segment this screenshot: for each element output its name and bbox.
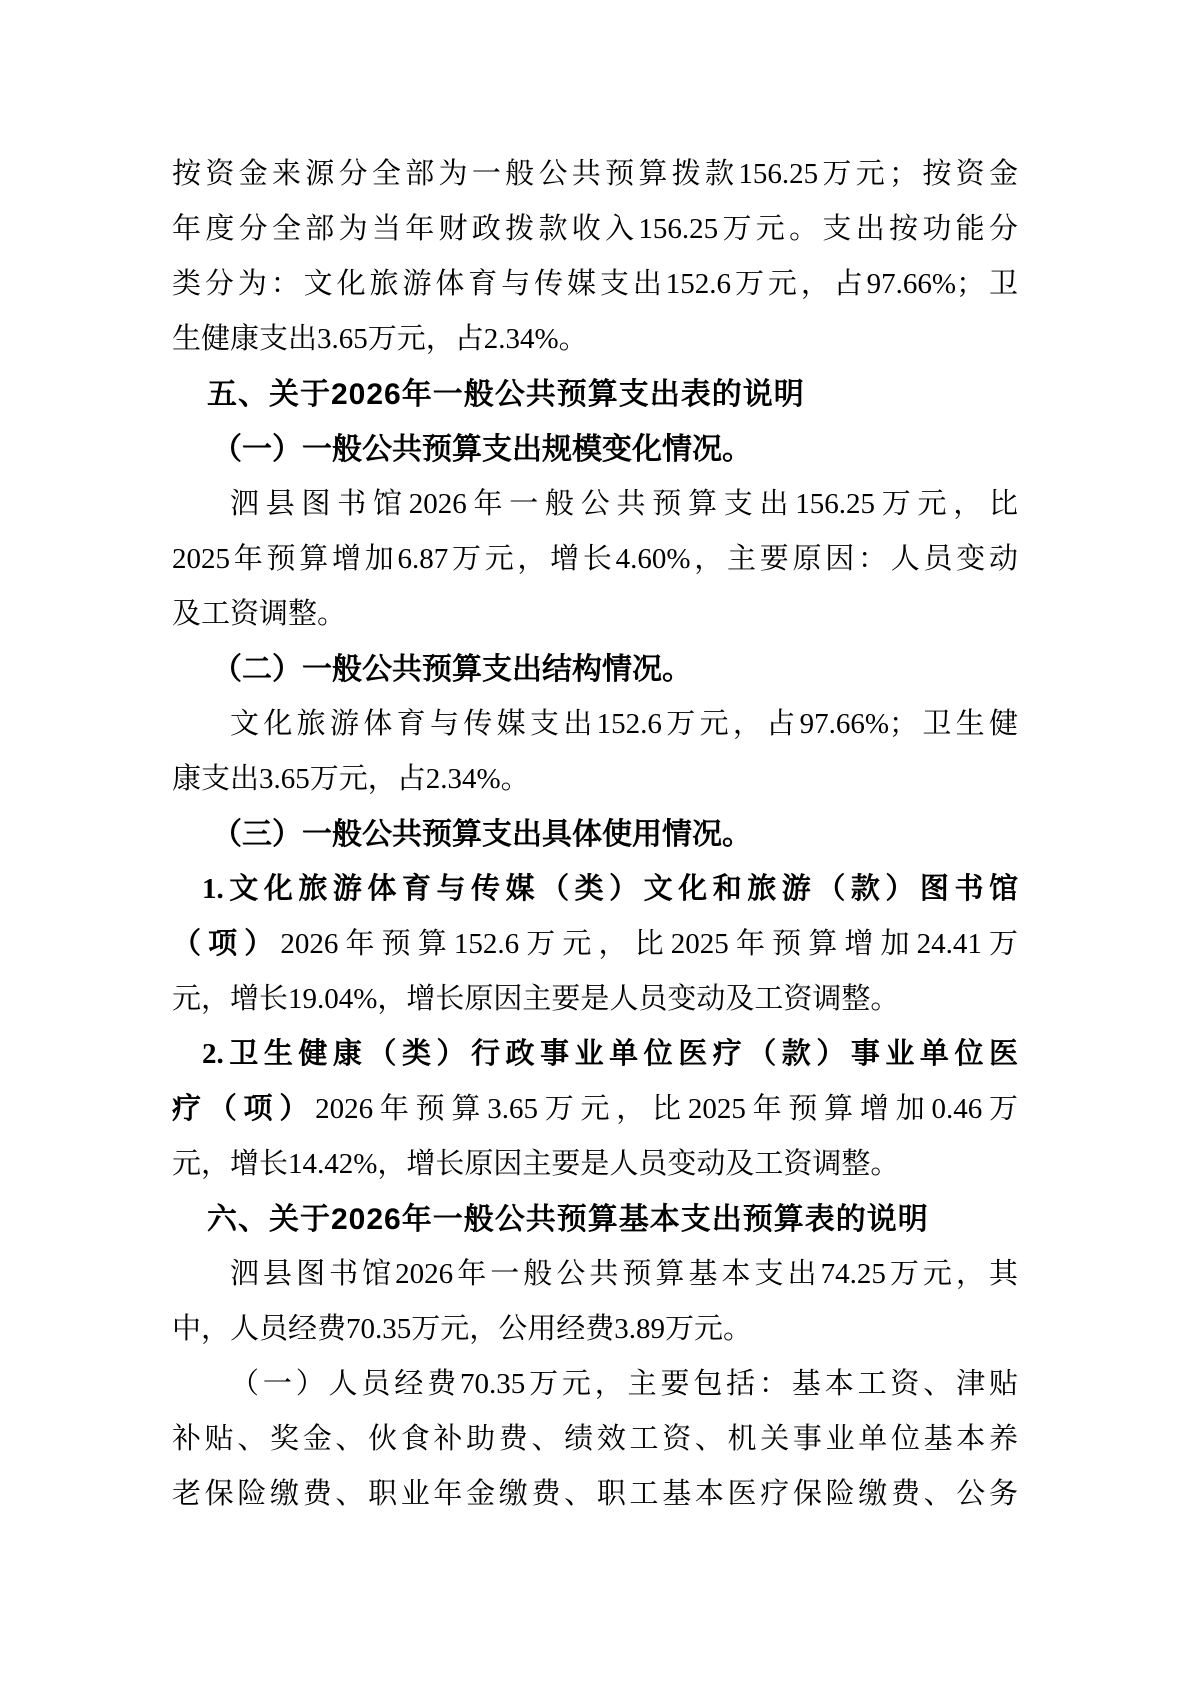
- numbered-item-line: 1.文化旅游体育与传媒（类）文化和旅游（款）图书馆: [172, 862, 1018, 917]
- text-line: （一）人员经费70.35万元，主要包括：基本工资、津贴: [172, 1357, 1018, 1412]
- text-run: 老保险缴费、职业年金缴费、职工基本医疗保险缴费、公务: [172, 1478, 1018, 1510]
- text-run: 泗县图书馆2026年一般公共预算支出156.25万元，比: [230, 488, 1018, 520]
- text-line: 泗县图书馆2026年一般公共预算支出156.25万元，比: [172, 477, 1018, 532]
- bold-run: 疗（项）: [172, 1093, 315, 1125]
- text-line: 及工资调整。: [172, 587, 1018, 642]
- text-line: 年度分全部为当年财政拨款收入156.25万元。支出按功能分: [172, 202, 1018, 257]
- text-line: 2025年预算增加6.87万元，增长4.60%，主要原因：人员变动: [172, 532, 1018, 587]
- text-run: 类分为：文化旅游体育与传媒支出152.6万元，占97.66%；卫: [172, 268, 1018, 300]
- text-line: （项）2026年预算152.6万元，比2025年预算增加24.41万: [172, 917, 1018, 972]
- text-run: 元，增长19.04%，增长原因主要是人员变动及工资调整。: [172, 983, 899, 1015]
- section-heading: 五、关于2026年一般公共预算支出表的说明: [172, 367, 1018, 422]
- subsection-heading: （三）一般公共预算支出具体使用情况。: [172, 807, 1018, 862]
- text-run: 泗县图书馆2026年一般公共预算基本支出74.25万元，其: [230, 1258, 1018, 1290]
- bold-run: （项）: [172, 928, 280, 960]
- text-line: 中，人员经费70.35万元，公用经费3.89万元。: [172, 1302, 1018, 1357]
- section-heading: 六、关于2026年一般公共预算基本支出预算表的说明: [172, 1192, 1018, 1247]
- text-line: 生健康支出3.65万元，占2.34%。: [172, 312, 1018, 367]
- text-line: 文化旅游体育与传媒支出152.6万元，占97.66%；卫生健: [172, 697, 1018, 752]
- text-run: 补贴、奖金、伙食补助费、绩效工资、机关事业单位基本养: [172, 1423, 1018, 1455]
- budget-explanation-text-block: 按资金来源分全部为一般公共预算拨款156.25万元；按资金年度分全部为当年财政拨…: [172, 147, 1018, 1522]
- text-run: 元，增长14.42%，增长原因主要是人员变动及工资调整。: [172, 1148, 899, 1180]
- text-run: （一）一般公共预算支出规模变化情况。: [212, 433, 752, 466]
- text-run: 年度分全部为当年财政拨款收入156.25万元。支出按功能分: [172, 213, 1018, 245]
- text-run: 文化旅游体育与传媒支出152.6万元，占97.66%；卫生健: [230, 708, 1018, 740]
- bold-run: 2.卫生健康（类）行政事业单位医疗（款）事业单位医: [202, 1038, 1018, 1070]
- text-line: 按资金来源分全部为一般公共预算拨款156.25万元；按资金: [172, 147, 1018, 202]
- numbered-item-line: 2.卫生健康（类）行政事业单位医疗（款）事业单位医: [172, 1027, 1018, 1082]
- text-run: 六、关于2026年一般公共预算基本支出预算表的说明: [207, 1203, 929, 1236]
- text-run: 2025年预算增加6.87万元，增长4.60%，主要原因：人员变动: [172, 543, 1018, 575]
- subsection-heading: （二）一般公共预算支出结构情况。: [172, 642, 1018, 697]
- document-page: 按资金来源分全部为一般公共预算拨款156.25万元；按资金年度分全部为当年财政拨…: [0, 0, 1190, 1684]
- text-line: 补贴、奖金、伙食补助费、绩效工资、机关事业单位基本养: [172, 1412, 1018, 1467]
- text-line: 类分为：文化旅游体育与传媒支出152.6万元，占97.66%；卫: [172, 257, 1018, 312]
- text-run: （一）人员经费70.35万元，主要包括：基本工资、津贴: [230, 1368, 1018, 1400]
- bold-run: 1.文化旅游体育与传媒（类）文化和旅游（款）图书馆: [202, 873, 1018, 905]
- text-run: 及工资调整。: [172, 598, 346, 630]
- text-line: 老保险缴费、职业年金缴费、职工基本医疗保险缴费、公务: [172, 1467, 1018, 1522]
- text-line: 元，增长14.42%，增长原因主要是人员变动及工资调整。: [172, 1137, 1018, 1192]
- text-line: 泗县图书馆2026年一般公共预算基本支出74.25万元，其: [172, 1247, 1018, 1302]
- text-run: 康支出3.65万元，占2.34%。: [172, 763, 530, 795]
- text-run: （三）一般公共预算支出具体使用情况。: [212, 818, 752, 851]
- text-run: 2026年预算152.6万元，比2025年预算增加24.41万: [280, 928, 1018, 960]
- text-run: 中，人员经费70.35万元，公用经费3.89万元。: [172, 1313, 752, 1345]
- text-run: 五、关于2026年一般公共预算支出表的说明: [207, 378, 805, 411]
- text-run: 2026年预算3.65万元，比2025年预算增加0.46万: [315, 1093, 1018, 1125]
- text-line: 康支出3.65万元，占2.34%。: [172, 752, 1018, 807]
- text-line: 元，增长19.04%，增长原因主要是人员变动及工资调整。: [172, 972, 1018, 1027]
- text-run: 按资金来源分全部为一般公共预算拨款156.25万元；按资金: [172, 158, 1018, 190]
- text-line: 疗（项）2026年预算3.65万元，比2025年预算增加0.46万: [172, 1082, 1018, 1137]
- subsection-heading: （一）一般公共预算支出规模变化情况。: [172, 422, 1018, 477]
- text-run: （二）一般公共预算支出结构情况。: [212, 653, 692, 686]
- text-run: 生健康支出3.65万元，占2.34%。: [172, 323, 588, 355]
